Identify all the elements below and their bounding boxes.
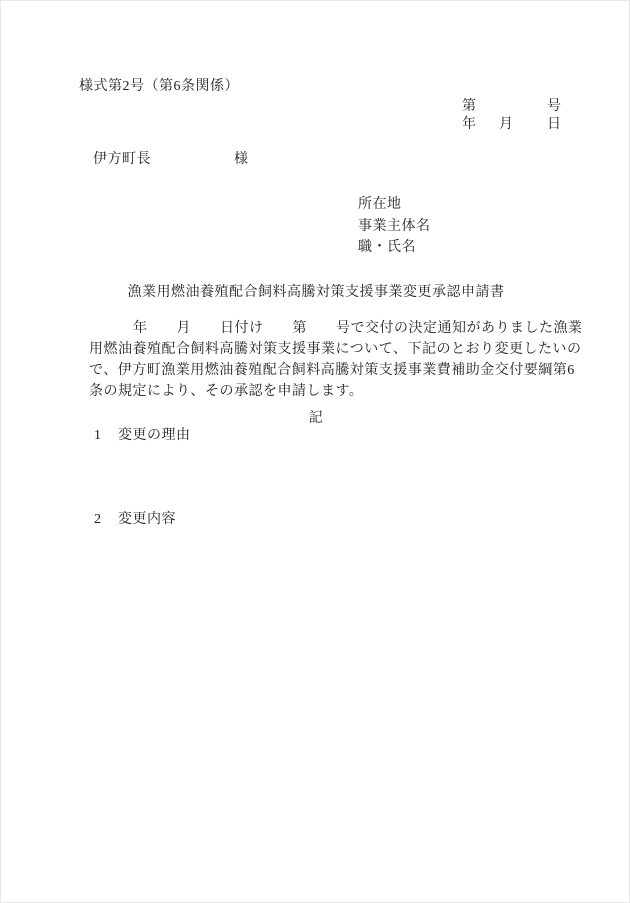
document-page: 様式第2号（第6条関係） 第 号 年 月 日 伊方町長 様 所在地 事業主体名 … (0, 0, 630, 903)
doc-number-suffix: 号 (547, 99, 562, 115)
body-line: 年 月 日付け 第 号で交付の決定通知がありました漁業 (89, 321, 630, 337)
doc-number-prefix: 第 (462, 99, 477, 115)
sender-entity-label: 事業主体名 (358, 219, 431, 235)
addressee-name: 伊方町長 (93, 152, 151, 168)
document-title: 漁業用燃油養殖配合飼料高騰対策支援事業変更承認申請書 (1, 285, 630, 301)
sender-title-name-label: 職・氏名 (358, 240, 416, 256)
item-1-label: 変更の理由 (118, 428, 191, 444)
date-year-label: 年 (462, 117, 477, 133)
body-line: で、伊方町漁業用燃油養殖配合飼料高騰対策支援事業費補助金交付要綱第6 (89, 363, 589, 379)
date-month-label: 月 (499, 117, 514, 133)
body-line: 用燃油養殖配合飼料高騰対策支援事業について、下記のとおり変更したいの (89, 342, 589, 358)
sender-location-label: 所在地 (358, 197, 402, 213)
addressee-honorific: 様 (234, 152, 249, 168)
body-line: 条の規定により、その承認を申請します。 (89, 384, 589, 400)
item-1-number: 1 (94, 428, 102, 444)
date-day-label: 日 (547, 117, 562, 133)
item-2-label: 変更内容 (118, 512, 176, 528)
record-marker: 記 (1, 411, 630, 427)
form-number-label: 様式第2号（第6条関係） (79, 79, 239, 95)
item-2-number: 2 (94, 512, 102, 528)
